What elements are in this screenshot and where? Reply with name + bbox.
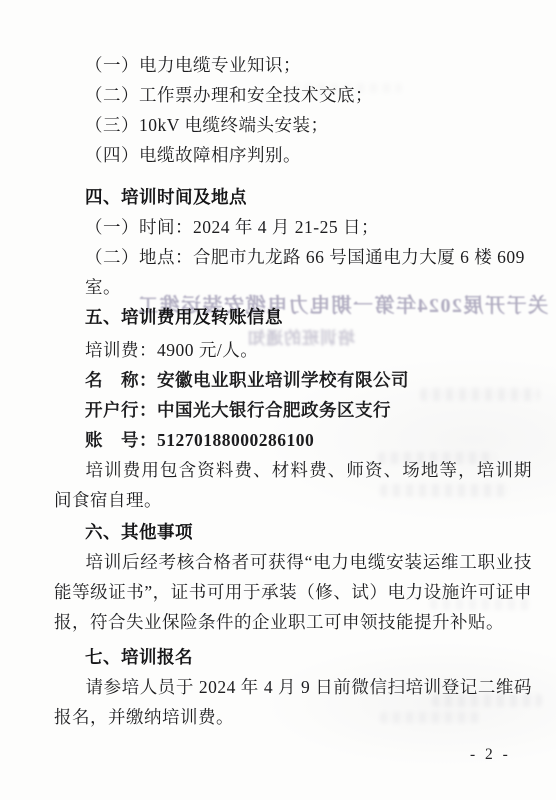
- section-heading-4: 四、培训时间及地点: [54, 182, 532, 212]
- account-name-line: 名 称：安徽电业职业培训学校有限公司: [54, 365, 532, 395]
- page-number: - 2 -: [470, 746, 511, 764]
- list-item-3: （三）10kV 电缆终端头安装；: [54, 110, 532, 140]
- registration-paragraph: 请参培人员于 2024 年 4 月 9 日前微信扫培训登记二维码报名，并缴纳培训…: [54, 672, 532, 732]
- list-item-2: （二）工作票办理和安全技术交底；: [54, 80, 532, 110]
- section-heading-6: 六、其他事项: [54, 517, 532, 547]
- fee-note-paragraph: 培训费用包含资料费、材料费、师资、场地等，培训期间食宿自理。: [54, 455, 532, 515]
- scanned-document-page: 关于开展2024年第一期电力电缆安装运维工 培训班的通知 （一）电力电缆专业知识…: [0, 0, 556, 800]
- list-item-1: （一）电力电缆专业知识；: [54, 50, 532, 80]
- account-number-line: 账 号：51270188000286100: [54, 425, 532, 455]
- section-heading-7: 七、培训报名: [54, 642, 532, 672]
- section-heading-5: 五、培训费用及转账信息: [54, 302, 532, 332]
- document-content: （一）电力电缆专业知识； （二）工作票办理和安全技术交底； （三）10kV 电缆…: [54, 50, 532, 732]
- location-line: （二）地点：合肥市九龙路 66 号国通电力大厦 6 楼 609 室。: [54, 242, 532, 302]
- list-item-4: （四）电缆故障相序判别。: [54, 140, 532, 170]
- bank-line: 开户行：中国光大银行合肥政务区支行: [54, 395, 532, 425]
- fee-line: 培训费：4900 元/人。: [54, 335, 532, 365]
- time-line: （一）时间：2024 年 4 月 21-25 日；: [54, 212, 532, 242]
- certificate-paragraph: 培训后经考核合格者可获得“电力电缆安装运维工职业技能等级证书”，证书可用于承装（…: [54, 547, 532, 637]
